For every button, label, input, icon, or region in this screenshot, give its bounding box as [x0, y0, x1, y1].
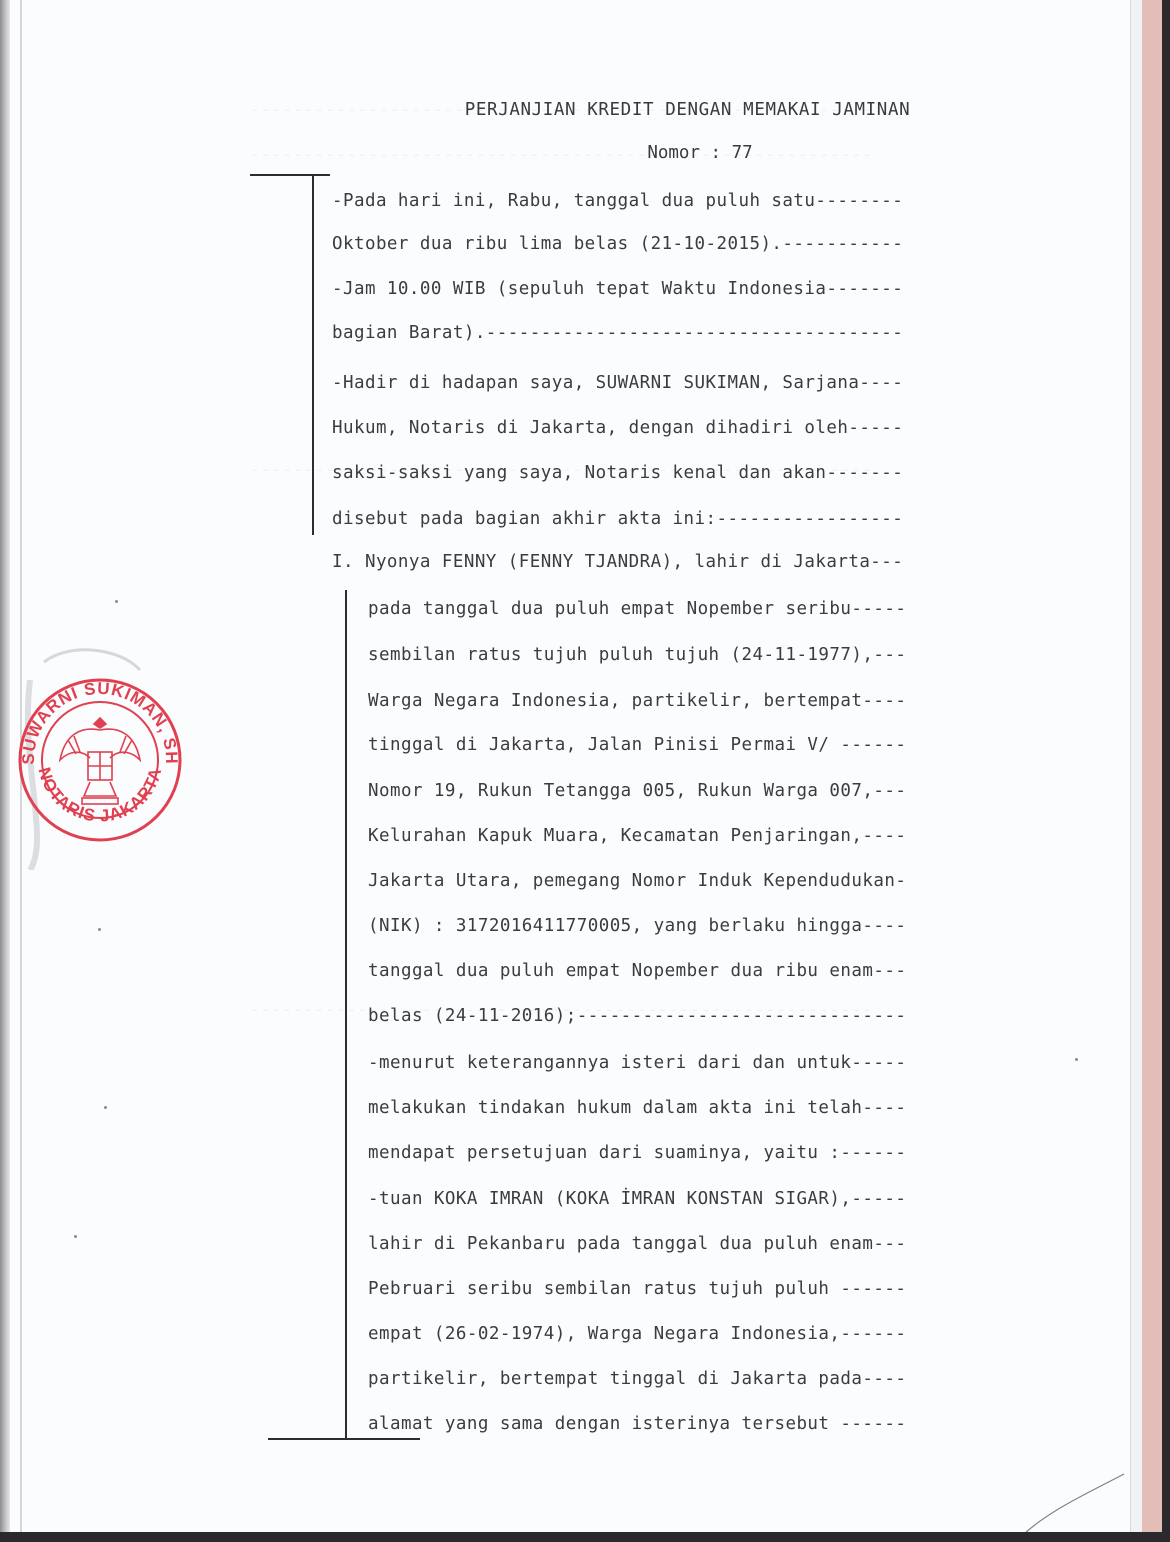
document-line: sembilan ratus tujuh puluh tujuh (24-11-… — [368, 644, 906, 666]
scan-bottom-edge — [0, 1532, 1170, 1542]
binding-strip — [1142, 0, 1162, 1532]
document-line: saksi-saksi yang saya, Notaris kenal dan… — [332, 462, 903, 484]
notary-stamp: SUWARNI SUKIMAN, SH NOTARIS JAKARTA — [10, 640, 190, 870]
document-line: Oktober dua ribu lima belas (21-10-2015)… — [332, 233, 903, 255]
document-line: Warga Negara Indonesia, partikelir, bert… — [368, 690, 906, 712]
margin-rule-vertical-1 — [312, 175, 314, 535]
document-line: belas (24-11-2016);---------------------… — [368, 1005, 906, 1027]
scan-speck — [74, 1235, 77, 1238]
document-line: lahir di Pekanbaru pada tanggal dua pulu… — [368, 1233, 906, 1255]
string-tie-icon — [44, 650, 140, 670]
document-line: I. Nyonya FENNY (FENNY TJANDRA), lahir d… — [332, 551, 903, 573]
margin-rule-top — [250, 174, 330, 176]
document-line: alamat yang sama dengan isterinya terseb… — [368, 1413, 906, 1435]
document-line: -menurut keterangannya isteri dari dan u… — [368, 1052, 906, 1074]
pencil-mark — [1010, 1470, 1140, 1540]
document-line: -Jam 10.00 WIB (sepuluh tepat Waktu Indo… — [332, 278, 903, 300]
document-line: Nomor 19, Rukun Tetangga 005, Rukun Warg… — [368, 780, 906, 802]
scan-speck — [115, 600, 118, 603]
document-page: ----------------------------------------… — [0, 0, 1150, 1532]
document-line: empat (26-02-1974), Warga Negara Indones… — [368, 1323, 906, 1345]
document-line: -Pada hari ini, Rabu, tanggal dua puluh … — [332, 190, 903, 212]
scan-speck — [1075, 1058, 1078, 1061]
document-line: disebut pada bagian akhir akta ini:-----… — [332, 508, 903, 530]
document-line: tanggal dua puluh empat Nopember dua rib… — [368, 960, 906, 982]
document-line: Kelurahan Kapuk Muara, Kecamatan Penjari… — [368, 825, 906, 847]
document-line: mendapat persetujuan dari suaminya, yait… — [368, 1142, 906, 1164]
document-line: pada tanggal dua puluh empat Nopember se… — [368, 598, 906, 620]
document-line: (NIK) : 3172016411770005, yang berlaku h… — [368, 915, 906, 937]
document-line: melakukan tindakan hukum dalam akta ini … — [368, 1097, 906, 1119]
document-line: partikelir, bertempat tinggal di Jakarta… — [368, 1368, 906, 1390]
document-line: -tuan KOKA IMRAN (KOKA İMRAN KONSTAN SIG… — [368, 1188, 906, 1210]
document-title: PERJANJIAN KREDIT DENGAN MEMAKAI JAMINAN — [330, 100, 1045, 120]
garuda-emblem-icon — [60, 718, 140, 804]
document-line: bagian Barat).--------------------------… — [332, 322, 903, 344]
scan-speck — [98, 928, 101, 931]
document-line: Pebruari seribu sembilan ratus tujuh pul… — [368, 1278, 906, 1300]
document-line: -Hadir di hadapan saya, SUWARNI SUKIMAN,… — [332, 372, 903, 394]
page-left-edge — [0, 0, 10, 1532]
document-line: Hukum, Notaris di Jakarta, dengan dihadi… — [332, 417, 903, 439]
document-line: Jakarta Utara, pemegang Nomor Induk Kepe… — [368, 870, 906, 892]
scan-speck — [104, 1106, 107, 1109]
document-number: Nomor : 77 — [330, 143, 1070, 163]
margin-rule-bottom — [268, 1438, 420, 1440]
margin-rule-vertical-2 — [345, 590, 347, 1440]
document-line: tinggal di Jakarta, Jalan Pinisi Permai … — [368, 734, 906, 756]
